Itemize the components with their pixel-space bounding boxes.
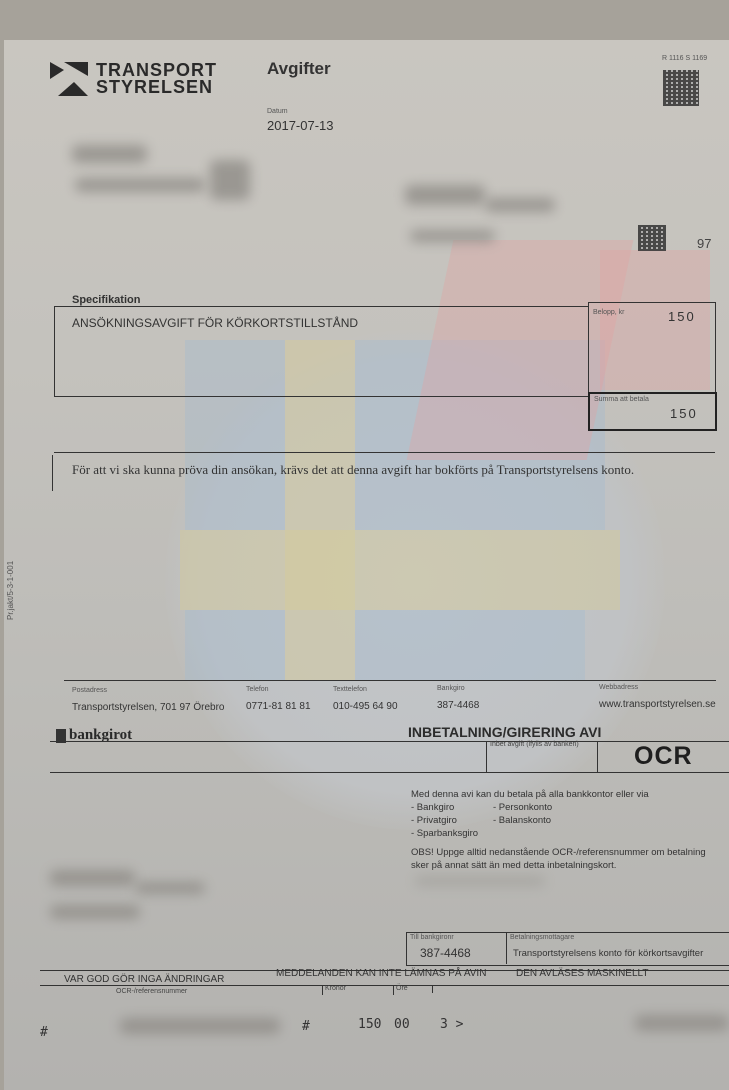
datamatrix-code-icon	[638, 225, 666, 251]
divider	[50, 772, 729, 773]
watermark-flag-yellow	[180, 530, 620, 610]
total-value: 150	[670, 406, 698, 421]
logo-mark-icon	[50, 62, 88, 96]
redacted-recipient-name	[405, 185, 485, 205]
ocr-reference-label: OCR-/referensnummer	[116, 988, 187, 995]
specification-item: ANSÖKNINGSAVGIFT FÖR KÖRKORTSTILLSTÅND	[72, 316, 358, 330]
recipient-name: Transportstyrelsens konto för körkortsav…	[513, 948, 703, 959]
date-label: Datum	[267, 108, 288, 115]
amount-value: 150	[668, 309, 696, 324]
method-privatgiro: - Privatgiro	[411, 814, 493, 827]
payment-info-intro: Med denna avi kan du betala på alla bank…	[411, 788, 721, 801]
redacted-sender-name	[72, 145, 147, 163]
ocr-kronor: 150	[358, 1017, 381, 1032]
transportstyrelsen-logo: TRANSPORT STYRELSEN	[50, 62, 217, 96]
method-personkonto: - Personkonto	[493, 801, 552, 814]
logo-line-2: STYRELSEN	[96, 79, 217, 96]
textphone-number: 010-495 64 90	[333, 701, 398, 712]
divider	[52, 455, 53, 491]
bankgiro-label: Bankgiro	[437, 685, 465, 692]
divider	[50, 741, 729, 742]
payment-notice: För att vi ska kunna pröva din ansökan, …	[72, 462, 634, 478]
watermark-flag-blue	[185, 610, 285, 680]
divider	[486, 742, 487, 772]
recipient-label: Betalningsmottagare	[510, 934, 574, 941]
document-date: 2017-07-13	[267, 118, 334, 133]
to-bankgiro-label: Till bankgironr	[410, 934, 454, 941]
ocr-hash-start: #	[40, 1025, 48, 1040]
slip-title: INBETALNING/GIRERING AVI	[408, 724, 601, 740]
ore-label: Öre	[396, 985, 408, 992]
kronor-label: Kronor	[325, 985, 346, 992]
specification-label: Specifikation	[72, 294, 140, 306]
watermark-flag-blue	[355, 610, 585, 680]
redacted-payer-name	[50, 870, 135, 886]
ocr-check-digit: 3 >	[440, 1017, 463, 1032]
redacted-payer-address	[135, 882, 205, 894]
divider	[432, 985, 433, 993]
phone-label: Telefon	[246, 686, 269, 693]
redacted-sender-address	[75, 178, 205, 192]
redacted-reference	[415, 876, 545, 886]
warning-no-messages: MEDDELANDEN KAN INTE LÄMNAS PÅ AVIN	[276, 968, 486, 979]
amount-label: Belopp, kr	[593, 309, 625, 316]
ocr-notice: OBS! Uppge alltid nedanstående OCR-/refe…	[411, 846, 721, 872]
divider	[40, 985, 729, 986]
redacted-payer-city	[50, 905, 140, 919]
web-address[interactable]: www.transportstyrelsen.se	[599, 699, 716, 710]
web-label: Webbadress	[599, 684, 638, 691]
divider	[393, 985, 394, 995]
form-code: Pr.jakt/5-3-1-001	[6, 561, 15, 620]
method-sparbanksgiro: - Sparbanksgiro	[411, 827, 493, 840]
total-label: Summa att betala	[594, 396, 649, 403]
divider	[54, 452, 715, 453]
redacted-recipient-address	[485, 198, 555, 212]
reference-code: R 1116 S 1169	[662, 55, 707, 62]
redacted-ocr-number	[120, 1018, 280, 1034]
redacted-bankgiro-ocr	[635, 1015, 729, 1031]
divider	[506, 933, 507, 964]
paid-fee-label: Inbet avgift (ifylls av banken)	[490, 741, 579, 748]
phone-number: 0771-81 81 81	[246, 701, 311, 712]
warning-no-changes: VAR GOD GÖR INGA ÄNDRINGAR	[64, 974, 224, 985]
divider	[64, 680, 716, 681]
divider	[322, 985, 323, 995]
method-balanskonto: - Balanskonto	[493, 814, 551, 827]
redacted-area	[210, 160, 250, 200]
divider	[597, 742, 598, 772]
page-number: 97	[697, 236, 711, 251]
postal-label: Postadress	[72, 687, 107, 694]
datamatrix-code-icon	[663, 70, 699, 106]
method-bankgiro: - Bankgiro	[411, 801, 493, 814]
ocr-hash-mid: #	[302, 1019, 310, 1034]
document-title: Avgifter	[267, 59, 331, 79]
ocr-marker: OCR	[634, 742, 693, 771]
warning-machine-read: DEN AVLÄSES MASKINELLT	[516, 968, 648, 979]
payment-info: Med denna avi kan du betala på alla bank…	[411, 788, 721, 872]
bankgiro-number: 387-4468	[437, 700, 479, 711]
postal-address: Transportstyrelsen, 701 97 Örebro	[72, 702, 224, 713]
textphone-label: Texttelefon	[333, 686, 367, 693]
ocr-ore: 00	[394, 1017, 410, 1032]
redacted-recipient-city	[410, 230, 495, 242]
to-bankgiro-number: 387-4468	[420, 946, 471, 960]
